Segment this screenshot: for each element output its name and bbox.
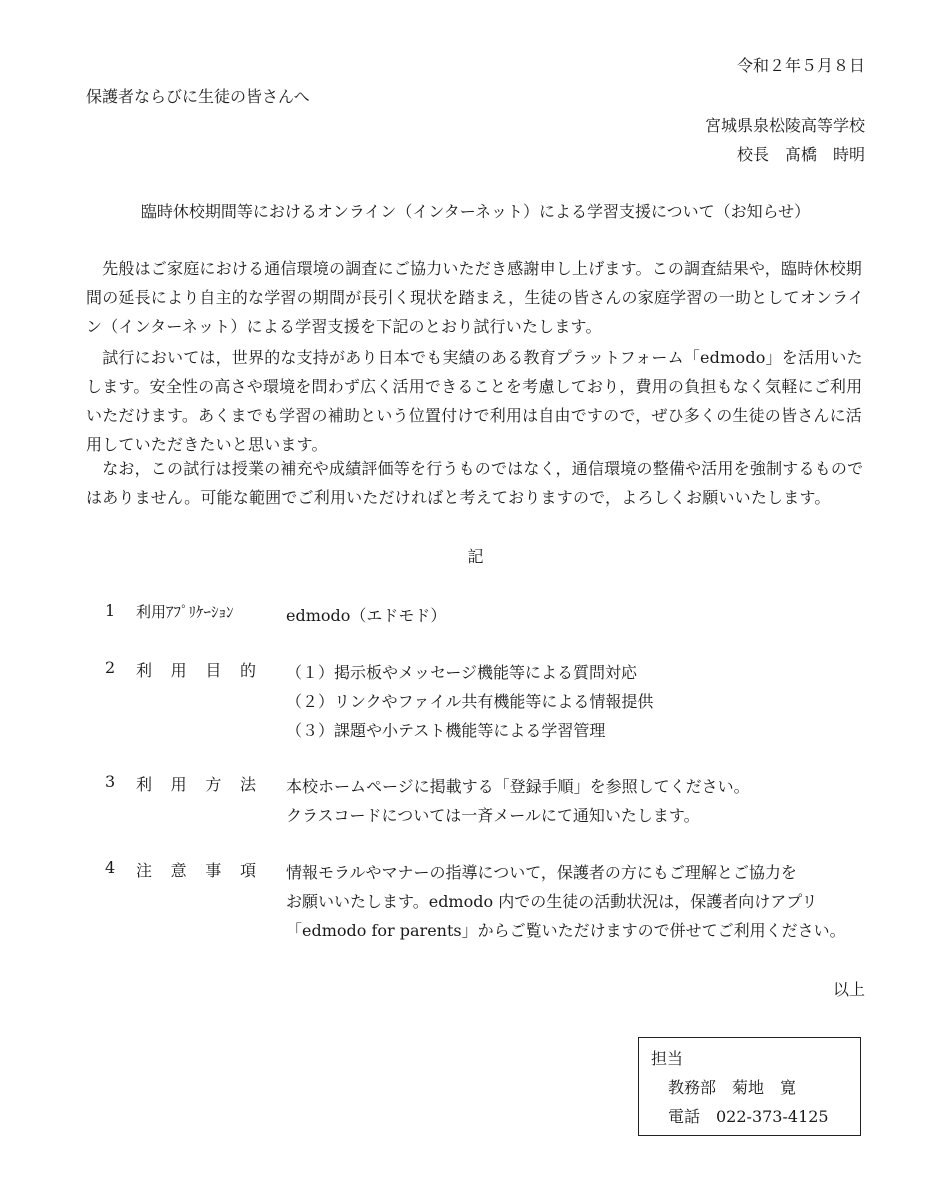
item-number-2: 2 [105,658,115,677]
item-label-notes: 注 意 事 項 [136,858,256,881]
label-char: 用 [171,772,187,795]
label-char: 事 [205,858,221,881]
item-label-text: 利用ｱﾌﾟﾘｹｰｼｮﾝ [136,601,234,622]
document-title: 臨時休校期間等におけるオンライン（インターネット）による学習支援について（お知ら… [0,199,951,222]
contact-phone: 電話 022-373-4125 [668,1104,829,1127]
label-char: 意 [171,858,187,881]
item-number-4: 4 [105,858,115,877]
item-line: 本校ホームページに掲載する「登録手順」を参照してください。 [286,772,750,801]
item-line: edmodo（エドモド） [286,601,446,630]
item-content-notes: 情報モラルやマナーの指導について，保護者の方にもご理解とご協力を お願いいたしま… [286,858,846,945]
label-char: 用 [171,658,187,681]
principal-name: 校長 髙橋 時明 [737,142,865,165]
label-char: 法 [240,772,256,795]
label-char: 利 [136,772,152,795]
item-line: （１）掲示板やメッセージ機能等による質問対応 [286,658,653,687]
body-paragraph-2: 試行においては，世界的な支持があり日本でも実績のある教育プラットフォーム「edm… [86,343,868,459]
item-label-application: 利用ｱﾌﾟﾘｹｰｼｮﾝ [136,601,256,622]
item-number-1: 1 [105,601,115,620]
addressee: 保護者ならびに生徒の皆さんへ [86,84,310,107]
label-char: 注 [136,858,152,881]
item-line: お願いいたします。edmodo 内での生徒の活動状況は，保護者向けアプリ [286,887,846,916]
item-label-method: 利 用 方 法 [136,772,256,795]
item-content-application: edmodo（エドモド） [286,601,446,630]
school-name: 宮城県泉松陵高等学校 [705,113,865,136]
contact-box: 担当 教務部 菊地 寛 電話 022-373-4125 [638,1037,861,1136]
contact-heading: 担当 [651,1046,683,1069]
item-line: （２）リンクやファイル共有機能等による情報提供 [286,687,653,716]
item-number-3: 3 [105,772,115,791]
item-line: 情報モラルやマナーの指導について，保護者の方にもご理解とご協力を [286,858,846,887]
body-paragraph-1: 先般はご家庭における通信環境の調査にご協力いただき感謝申し上げます。この調査結果… [86,254,868,341]
label-char: 方 [205,772,221,795]
label-char: 的 [240,658,256,681]
label-char: 目 [205,658,221,681]
item-content-purpose: （１）掲示板やメッセージ機能等による質問対応 （２）リンクやファイル共有機能等に… [286,658,653,745]
item-line: 「edmodo for parents」からご覧いただけますので併せてご利用くだ… [286,916,846,945]
body-paragraph-3: なお，この試行は授業の補充や成績評価等を行うものではなく，通信環境の整備や活用を… [86,454,868,512]
label-char: 利 [136,658,152,681]
label-char: 項 [240,858,256,881]
document-date: 令和２年５月８日 [737,53,865,76]
item-line: （３）課題や小テスト機能等による学習管理 [286,716,653,745]
contact-person: 教務部 菊地 寛 [668,1075,796,1098]
item-label-purpose: 利 用 目 的 [136,658,256,681]
item-content-method: 本校ホームページに掲載する「登録手順」を参照してください。 クラスコードについて… [286,772,750,830]
item-line: クラスコードについては一斉メールにて通知いたします。 [286,801,750,830]
ki-heading: 記 [0,544,951,567]
closing-ijo: 以上 [833,977,865,1000]
